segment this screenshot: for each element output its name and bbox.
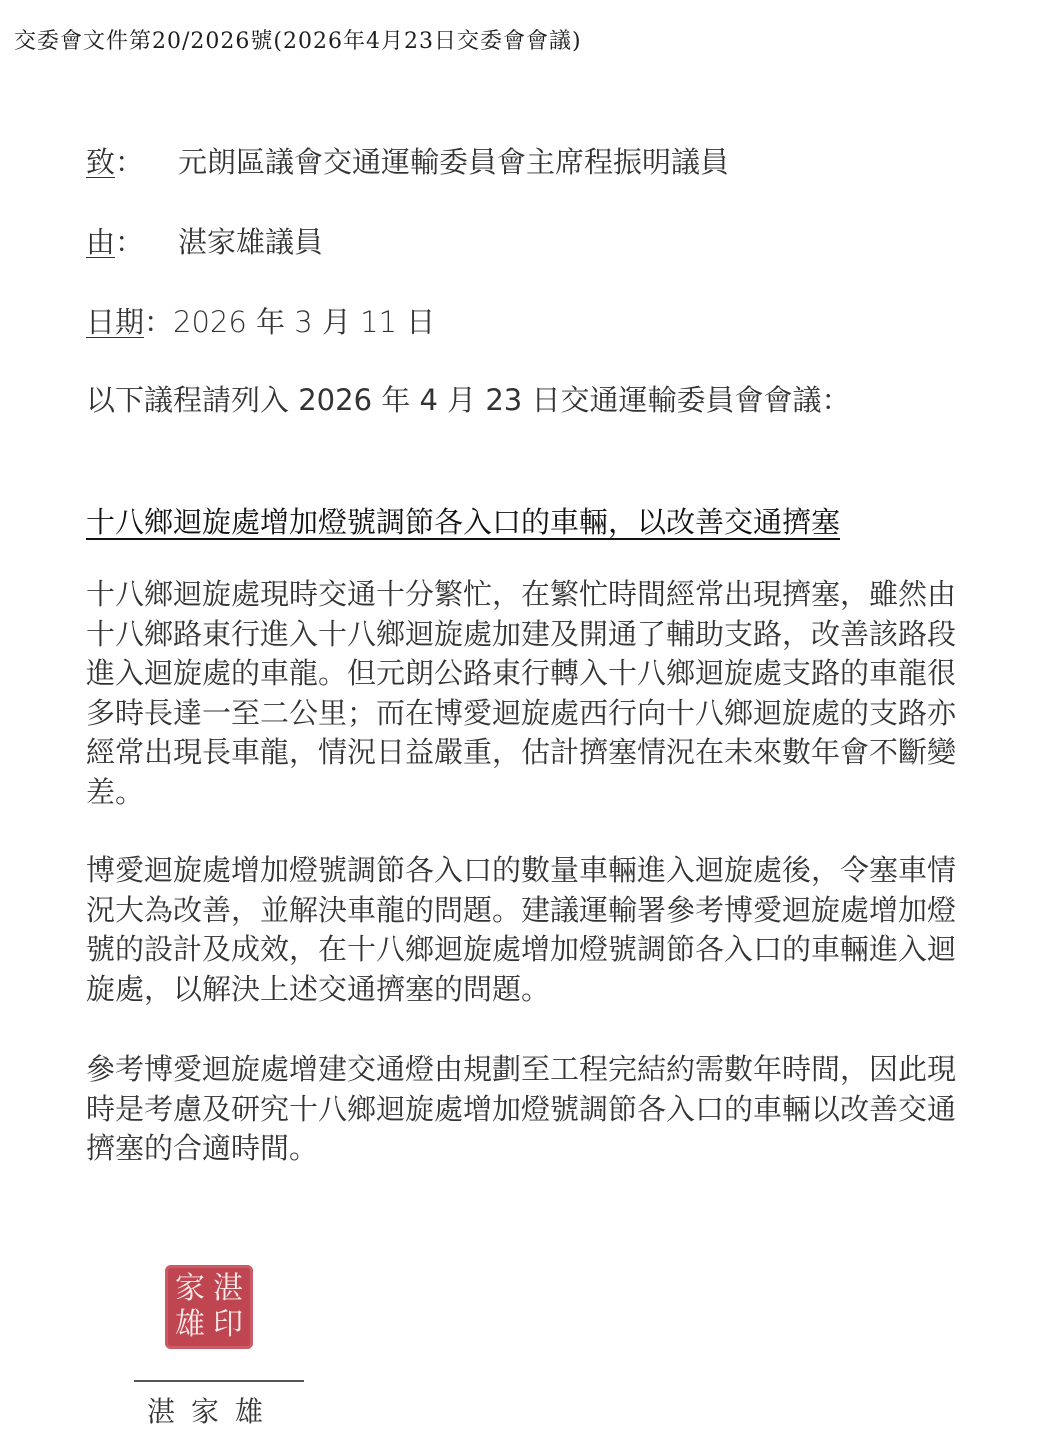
paragraph-line: 十八鄉迴旋處現時交通十分繁忙，在繁忙時間經常出現擠塞，雖然由 [86, 575, 1006, 615]
paragraph-line: 參考博愛迴旋處增建交通燈由規劃至工程完結約需數年時間，因此現 [86, 1050, 1006, 1090]
paragraph-line: 時是考慮及研究十八鄉迴旋處增加燈號調節各入口的車輛以改善交通 [86, 1090, 1006, 1130]
to-field: 致 ： 元朗區議會交通運輸委員會主席程振明議員 [86, 140, 144, 181]
to-value: 元朗區議會交通運輸委員會主席程振明議員 [178, 140, 729, 181]
paragraph-line: 擠塞的合適時間。 [86, 1129, 1006, 1169]
document-reference-line: 交委會文件第20/2026號(2026年4月23日交委會會議) [14, 24, 582, 55]
seal-char: 印 [209, 1307, 247, 1343]
paragraph-line: 旋處，以解決上述交通擠塞的問題。 [86, 970, 1006, 1010]
signature-name: 湛家雄 [147, 1390, 279, 1430]
paragraph-line: 號的設計及成效，在十八鄉迴旋處增加燈號調節各入口的車輛進入迴 [86, 930, 1006, 970]
signature-line [134, 1380, 304, 1382]
paragraph-line: 經常出現長車龍，情況日益嚴重，估計擠塞情況在未來數年會不斷變 [86, 733, 1006, 773]
paragraph-1: 十八鄉迴旋處現時交通十分繁忙，在繁忙時間經常出現擠塞，雖然由 十八鄉路東行進入十… [86, 575, 1006, 812]
seal-char: 家 [171, 1271, 209, 1307]
from-field: 由 ： 湛家雄議員 [86, 220, 144, 261]
paragraph-line: 十八鄉路東行進入十八鄉迴旋處加建及開通了輔助支路，改善該路段 [86, 615, 1006, 655]
paragraph-3: 參考博愛迴旋處增建交通燈由規劃至工程完結約需數年時間，因此現 時是考慮及研究十八… [86, 1050, 1006, 1169]
paragraph-line: 況大為改善，並解決車龍的問題。建議運輸署參考博愛迴旋處增加燈 [86, 891, 1006, 931]
date-field: 日期 ： 2026 年 3 月 11 日 [86, 300, 435, 341]
paragraph-line: 進入迴旋處的車龍。但元朗公路東行轉入十八鄉迴旋處支路的車龍很 [86, 654, 1006, 694]
agenda-title: 十八鄉迴旋處增加燈號調節各入口的車輛，以改善交通擠塞 [86, 500, 840, 541]
paragraph-line: 多時長達一至二公里；而在博愛迴旋處西行向十八鄉迴旋處的支路亦 [86, 694, 1006, 734]
to-colon: ： [115, 140, 144, 181]
from-label: 由 [86, 220, 115, 261]
paragraph-2: 博愛迴旋處增加燈號調節各入口的數量車輛進入迴旋處後，令塞車情 況大為改善，並解決… [86, 851, 1006, 1009]
paragraph-line: 博愛迴旋處增加燈號調節各入口的數量車輛進入迴旋處後，令塞車情 [86, 851, 1006, 891]
to-label: 致 [86, 140, 115, 181]
from-colon: ： [115, 220, 144, 261]
seal-char: 雄 [171, 1307, 209, 1343]
seal-stamp-icon: 湛 家 印 雄 [165, 1265, 253, 1349]
date-value: 2026 年 3 月 11 日 [173, 300, 435, 341]
date-colon: ： [144, 300, 173, 341]
paragraph-line: 差。 [86, 773, 1006, 813]
agenda-intro: 以下議程請列入 2026 年 4 月 23 日交通運輸委員會會議： [86, 378, 850, 419]
from-value: 湛家雄議員 [178, 220, 323, 261]
date-label: 日期 [86, 300, 144, 341]
seal-char: 湛 [209, 1271, 247, 1307]
